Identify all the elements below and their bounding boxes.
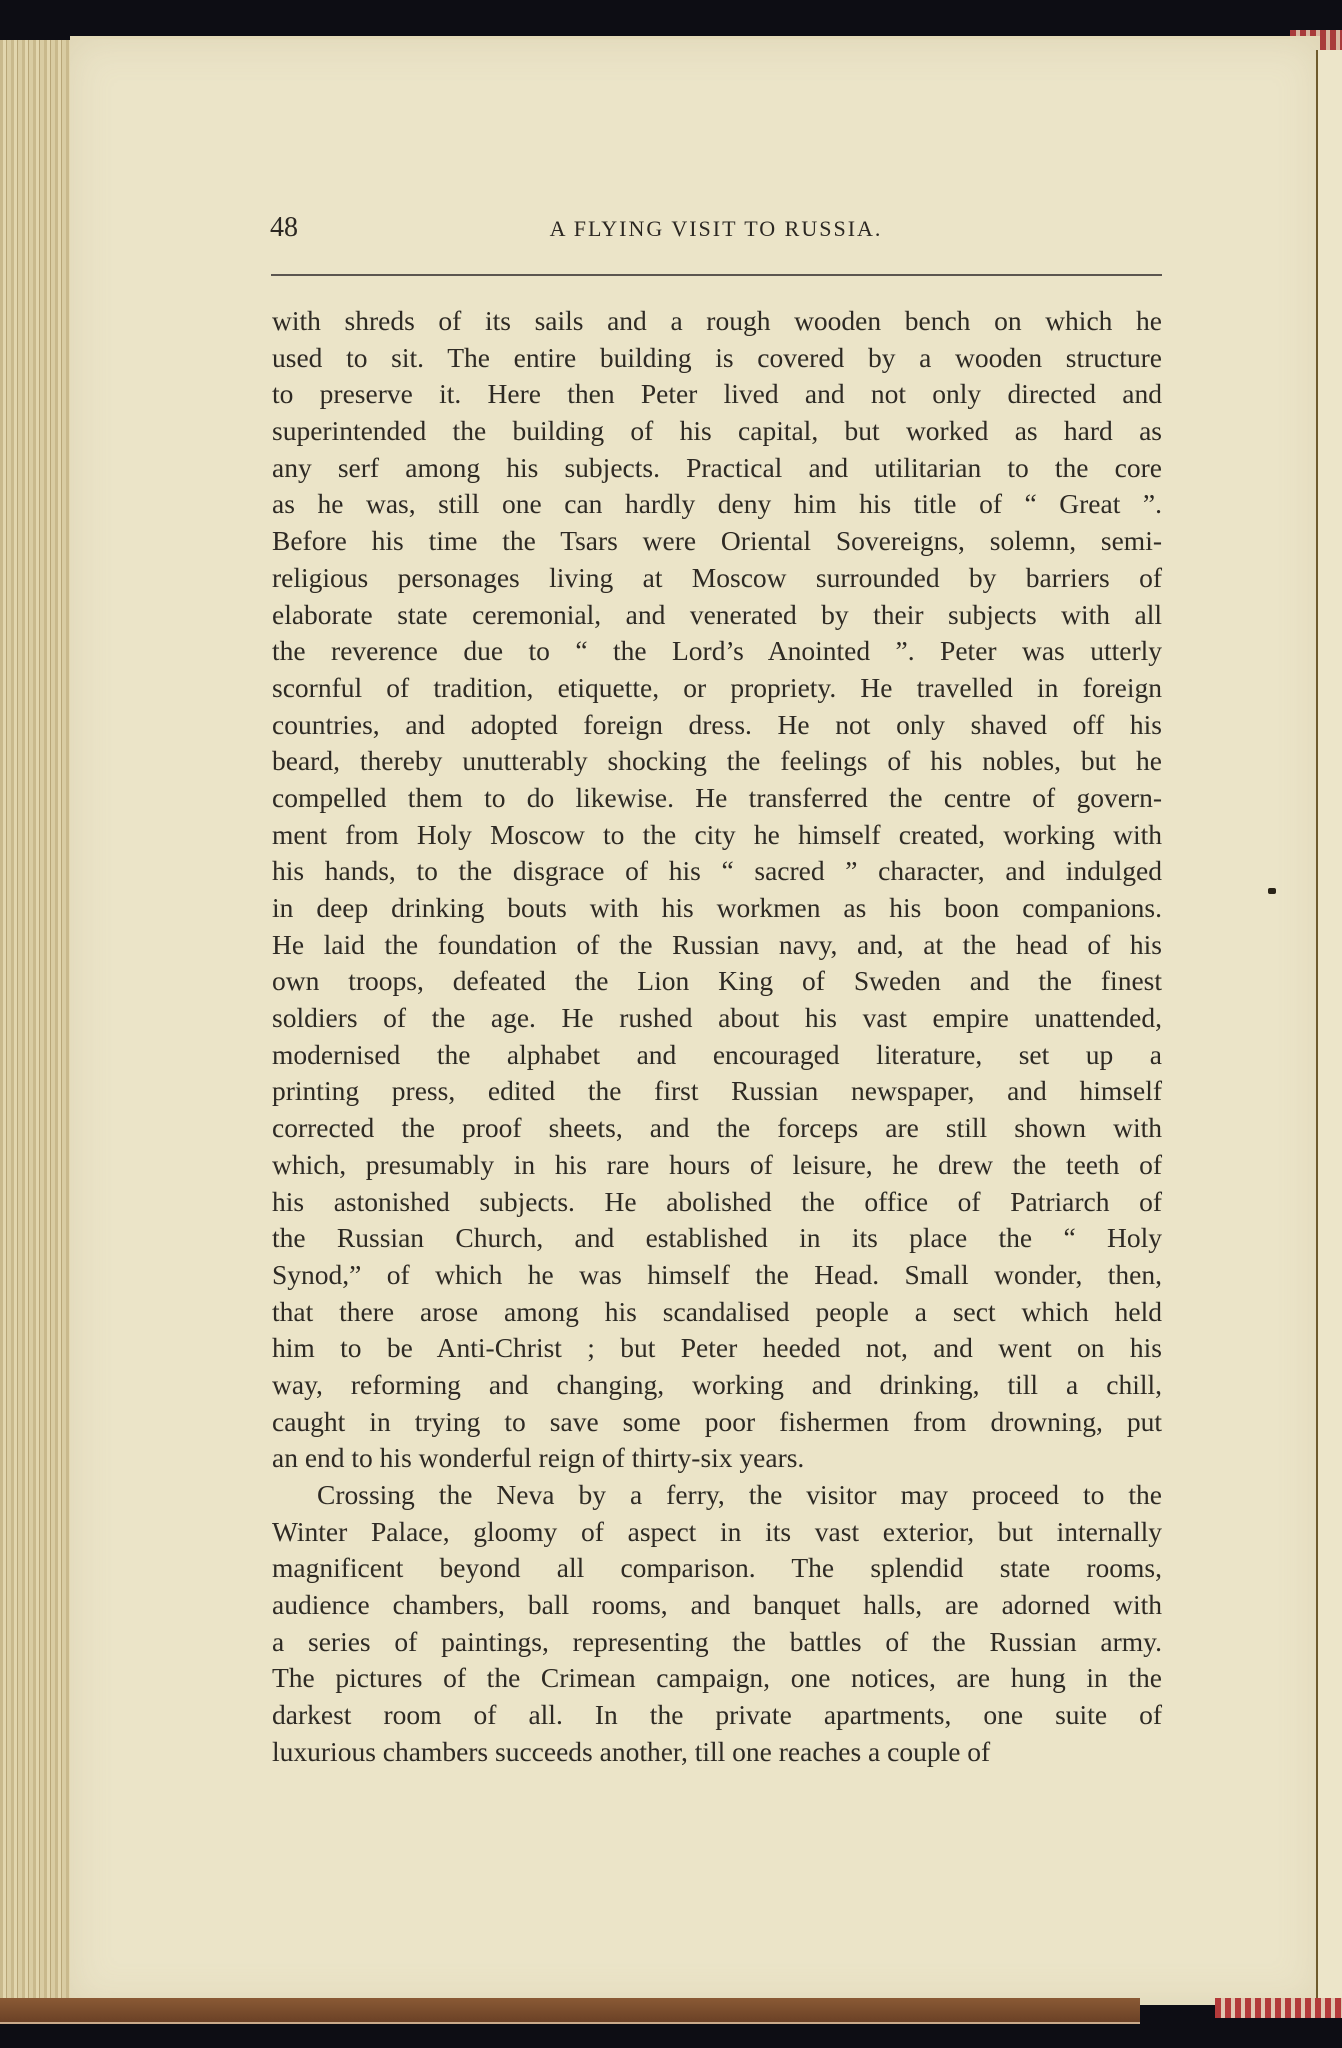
book-cover-bottom-edge [0, 1998, 1140, 2024]
text-line: Synod,” of which he was himself the Head… [272, 1257, 1162, 1294]
text-line: beard, thereby unutterably shocking the … [272, 743, 1162, 780]
body-text: with shreds of its sails and a rough woo… [272, 303, 1162, 1771]
text-line: an end to his wonderful reign of thirty-… [272, 1440, 1162, 1477]
text-line: Winter Palace, gloomy of aspect in its v… [272, 1514, 1162, 1551]
page-edges-stack [0, 40, 78, 2002]
text-line: religious personages living at Moscow su… [272, 560, 1162, 597]
text-line: the reverence due to “ the Lord’s Anoint… [272, 633, 1162, 670]
text-line: corrected the proof sheets, and the forc… [272, 1110, 1162, 1147]
text-line: elaborate state ceremonial, and venerate… [272, 597, 1162, 634]
text-line: Crossing the Neva by a ferry, the visito… [272, 1477, 1162, 1514]
text-line: the Russian Church, and established in i… [272, 1220, 1162, 1257]
text-line: modernised the alphabet and encouraged l… [272, 1037, 1162, 1074]
text-line: caught in trying to save some poor fishe… [272, 1404, 1162, 1441]
text-line: his hands, to the disgrace of his “ sacr… [272, 853, 1162, 890]
text-line: in deep drinking bouts with his workmen … [272, 890, 1162, 927]
text-line: The pictures of the Crimean campaign, on… [272, 1660, 1162, 1697]
text-line: Before his time the Tsars were Oriental … [272, 523, 1162, 560]
text-line: which, presumably in his rare hours of l… [272, 1147, 1162, 1184]
text-line: with shreds of its sails and a rough woo… [272, 303, 1162, 340]
text-line: darkest room of all. In the private apar… [272, 1697, 1162, 1734]
text-line: that there arose among his scandalised p… [272, 1294, 1162, 1331]
text-line: to preserve it. Here then Peter lived an… [272, 376, 1162, 413]
book-cover-headband-bottom [1215, 1998, 1342, 2018]
text-line: scornful of tradition, etiquette, or pro… [272, 670, 1162, 707]
paragraph: with shreds of its sails and a rough woo… [272, 303, 1162, 1477]
facing-page-edge [1318, 50, 1342, 2000]
text-line: audience chambers, ball rooms, and banqu… [272, 1587, 1162, 1624]
text-line: a series of paintings, representing the … [272, 1624, 1162, 1661]
text-line: him to be Anti-Christ ; but Peter heeded… [272, 1330, 1162, 1367]
text-line: used to sit. The entire building is cove… [272, 340, 1162, 377]
text-line: own troops, defeated the Lion King of Sw… [272, 963, 1162, 1000]
text-line: magnificent beyond all comparison. The s… [272, 1550, 1162, 1587]
text-line: ment from Holy Moscow to the city he him… [272, 817, 1162, 854]
paragraph: Crossing the Neva by a ferry, the visito… [272, 1477, 1162, 1771]
running-title: A FLYING VISIT TO RUSSIA. [270, 216, 1162, 242]
text-line: way, reforming and changing, working and… [272, 1367, 1162, 1404]
margin-speck [1268, 888, 1276, 894]
text-line: luxurious chambers succeeds another, til… [272, 1734, 1162, 1771]
text-line: his astonished subjects. He abolished th… [272, 1184, 1162, 1221]
text-line: He laid the foundation of the Russian na… [272, 927, 1162, 964]
text-line: soldiers of the age. He rushed about his… [272, 1000, 1162, 1037]
header-rule [271, 274, 1162, 276]
text-line: printing press, edited the first Russian… [272, 1073, 1162, 1110]
text-line: compelled them to do likewise. He transf… [272, 780, 1162, 817]
text-line: countries, and adopted foreign dress. He… [272, 707, 1162, 744]
text-line: as he was, still one can hardly deny him… [272, 486, 1162, 523]
text-line: any serf among his subjects. Practical a… [272, 450, 1162, 487]
text-line: superintended the building of his capita… [272, 413, 1162, 450]
running-head: 48 A FLYING VISIT TO RUSSIA. [270, 212, 1162, 252]
